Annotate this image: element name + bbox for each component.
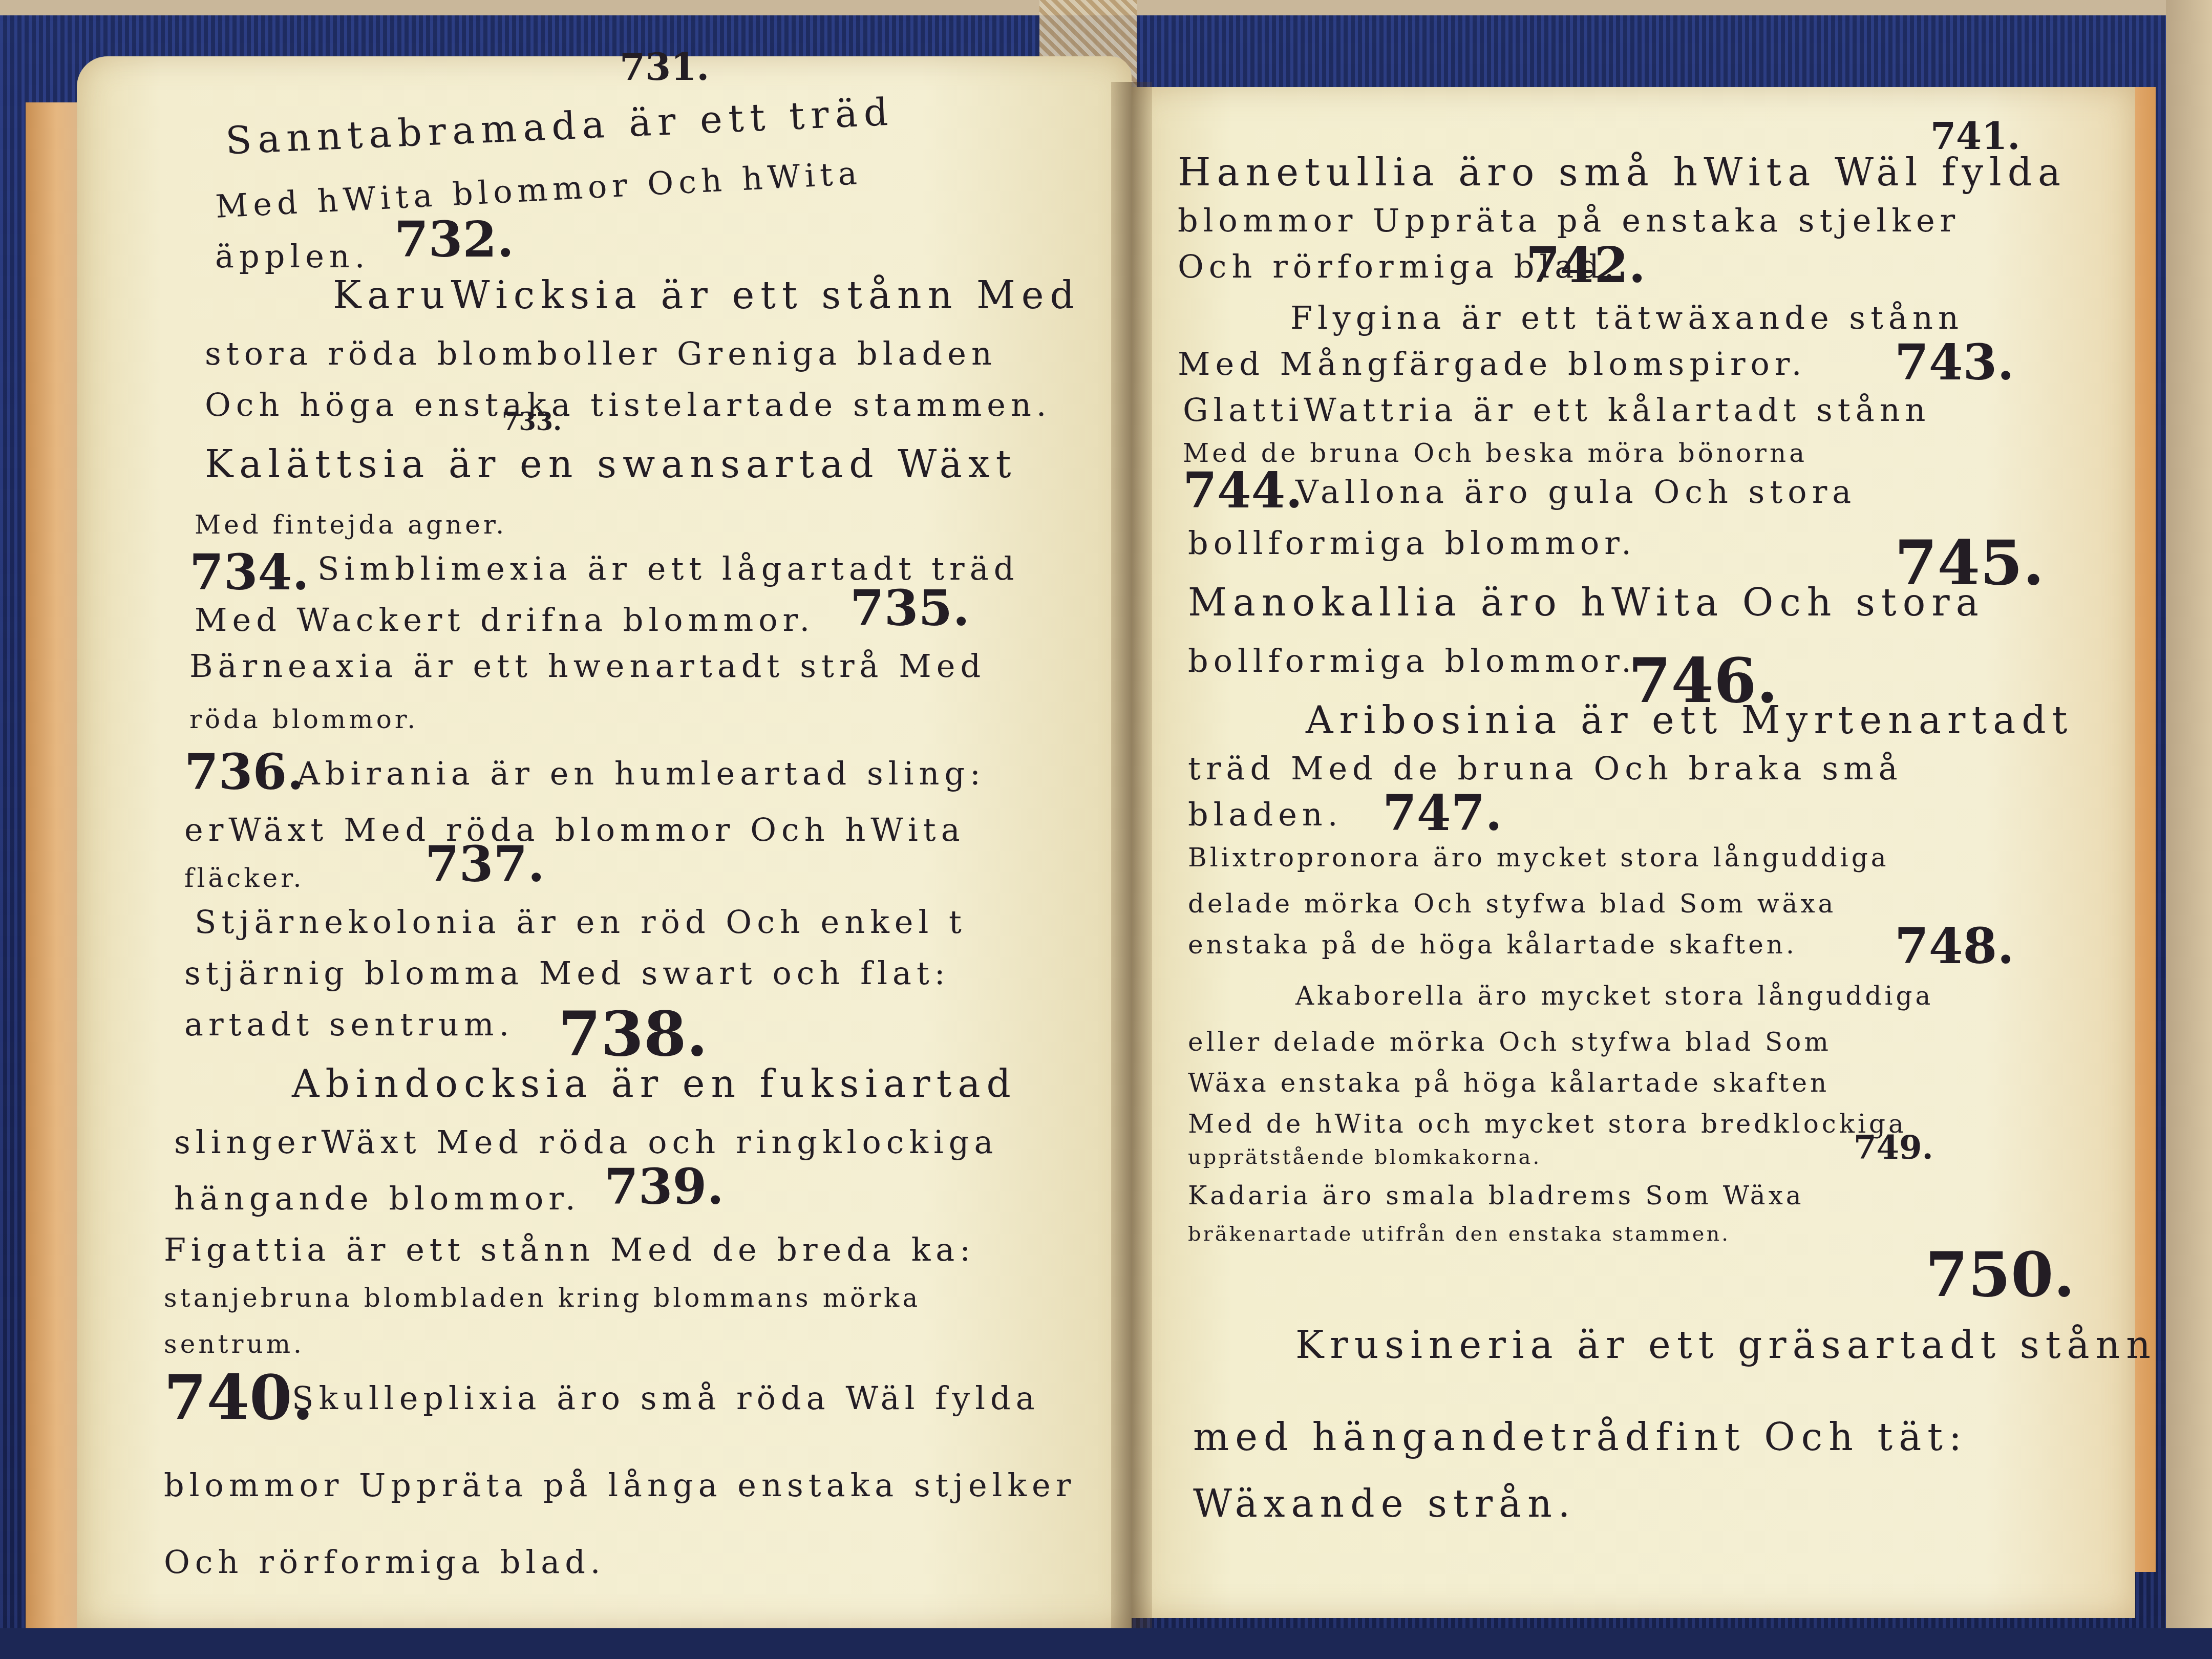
entry-number: 742. — [1526, 241, 1646, 290]
entry-number: 732. — [394, 215, 514, 264]
page-number-right: 741. — [1930, 118, 2020, 155]
text-line: Stjärnekolonia är en röd Och enkel t — [195, 906, 967, 938]
text-line: Kalättsia är en swansartad Wäxt — [205, 445, 1017, 483]
text-line: stanjebruna blombladen kring blommans mö… — [164, 1285, 921, 1311]
text-line: bollformiga blommor. — [1188, 527, 1636, 559]
text-line: Flygina är ett tätwäxande stånn — [1290, 302, 1964, 334]
text-line: Skulleplixia äro små röda Wäl fylda — [292, 1382, 1040, 1414]
text-line: delade mörka Och styfwa blad Som wäxa — [1188, 891, 1836, 917]
text-line: med hängandetrådfint Och tät: — [1193, 1418, 1968, 1456]
entry-number: 744. — [1183, 466, 1303, 515]
text-line: Akaborella äro mycket stora långuddiga — [1295, 983, 1933, 1009]
text-line: Kadaria äro smala bladrems Som Wäxa — [1188, 1183, 1804, 1208]
text-line: Wäxande strån. — [1193, 1485, 1576, 1523]
entry-number: 750. — [1925, 1244, 2075, 1306]
text-line: Abirania är en humleartad sling: — [297, 758, 986, 790]
text-line: Och rörformiga blad. — [164, 1546, 606, 1578]
entry-number: 737. — [425, 840, 545, 889]
text-line: röda blommor. — [189, 707, 418, 732]
entry-number: 733. — [502, 410, 562, 434]
text-line: slingerWäxt Med röda och ringklockiga — [174, 1126, 998, 1158]
text-line: Med Mångfärgade blomspiror. — [1178, 348, 1806, 380]
text-line: Abindocksia är en fuksiartad — [292, 1065, 1017, 1103]
text-line: Figattia är ett stånn Med de breda ka: — [164, 1234, 975, 1266]
page-number-left: 731. — [620, 49, 709, 86]
text-line: GlattiWattria är ett kålartadt stånn — [1183, 394, 1931, 426]
text-line: träd Med de bruna Och braka små — [1188, 753, 1903, 784]
text-line: bräkenartade utifrån den enstaka stammen… — [1188, 1224, 1730, 1244]
entry-number: 739. — [604, 1162, 724, 1211]
entry-number: 748. — [1895, 922, 2014, 971]
text-line: Vallona äro gula Och stora — [1295, 476, 1856, 508]
text-line: Med Wackert drifna blommor. — [195, 604, 815, 636]
entry-number: 734. — [189, 548, 309, 597]
text-line: erWäxt Med röda blommor Och hWita — [184, 814, 965, 846]
text-line: upprätstående blomkakorna. — [1188, 1147, 1541, 1167]
text-line: Manokallia äro hWita Och stora — [1188, 584, 1985, 622]
text-line: bollformiga blommor. — [1188, 645, 1636, 677]
text-line: Aribosinia är ett Myrtenartadt — [1306, 701, 2073, 739]
entry-number: 735. — [850, 584, 970, 633]
text-line: KaruWicksia är ett stånn Med — [333, 276, 1080, 314]
text-line: artadt sentrum. — [184, 1009, 514, 1040]
book-cover-edge — [2166, 0, 2212, 1659]
entry-number: 747. — [1382, 789, 1502, 838]
text-line: Med de hWita och mycket stora bredklocki… — [1188, 1111, 1907, 1137]
text-line: sentrum. — [164, 1331, 305, 1357]
text-line: Bärneaxia är ett hwenartadt strå Med — [189, 650, 986, 682]
text-line: stjärnig blomma Med swart och flat: — [184, 958, 950, 989]
text-line: Och höga enstaka tistelartade stammen. — [205, 389, 1052, 421]
book-gutter — [1111, 82, 1152, 1628]
text-line: enstaka på de höga kålartade skaften. — [1188, 932, 1797, 958]
text-line: Hanetullia äro små hWita Wäl fylda — [1178, 154, 2067, 192]
text-line: Wäxa enstaka på höga kålartade skaften — [1188, 1070, 1830, 1096]
entry-number: 738. — [558, 1004, 708, 1065]
text-line: blommor Uppräta på enstaka stjelker — [1178, 205, 1960, 237]
text-line: bladen. — [1188, 799, 1343, 831]
text-line: stora röda blomboller Greniga bladen — [205, 338, 997, 370]
entry-number: 736. — [184, 748, 304, 797]
text-line: äpplen. — [215, 241, 370, 272]
entry-number: 740. — [164, 1367, 313, 1429]
text-line: eller delade mörka Och styfwa blad Som — [1188, 1029, 1832, 1055]
entry-number: 743. — [1895, 338, 2014, 387]
text-line: Krusineria är ett gräsartadt stånn — [1295, 1326, 2157, 1364]
entry-number: 749. — [1854, 1132, 1933, 1164]
text-line: fläcker. — [184, 865, 305, 891]
text-line: Blixtropronora äro mycket stora långuddi… — [1188, 845, 1889, 870]
text-line: blommor Uppräta på långa enstaka stjelke… — [164, 1470, 1076, 1501]
cloth-bottom — [0, 1628, 2212, 1659]
text-line: Med fintejda agner. — [195, 512, 507, 538]
text-line: hängande blommor. — [174, 1183, 581, 1215]
